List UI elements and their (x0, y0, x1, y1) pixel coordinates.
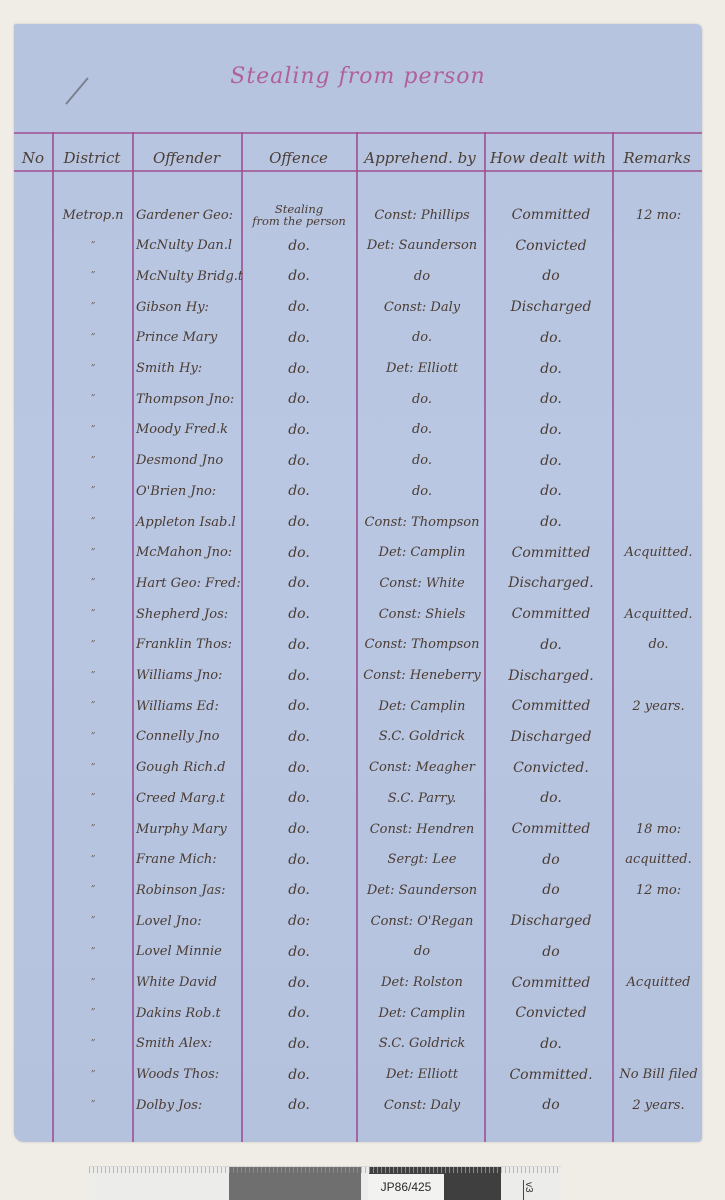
table-row: ”Shepherd Jos:do.Const: ShielsCommittedA… (14, 599, 702, 629)
header-top-rule (14, 132, 702, 134)
cell-offence: do. (242, 968, 356, 998)
cell-remarks (615, 261, 702, 291)
cell-district: ” (54, 384, 132, 414)
cell-remarks (615, 446, 702, 476)
cell-how-dealt-with: do. (488, 354, 614, 384)
cell-offence: do. (242, 292, 356, 322)
cell-district: ” (54, 1060, 132, 1090)
cell-offence: do. (242, 1060, 356, 1090)
cell-apprehended-by: Det: Saunderson (358, 231, 486, 261)
cell-offender: Williams Jno: (132, 661, 244, 691)
cell-offence: do. (242, 599, 356, 629)
cell-remarks (615, 507, 702, 537)
cell-apprehended-by: do. (358, 384, 486, 414)
cell-offender: Franklin Thos: (132, 630, 244, 660)
cell-apprehended-by: do. (358, 415, 486, 445)
cell-how-dealt-with: Committed (488, 968, 614, 998)
cell-remarks (615, 568, 702, 598)
archive-scale-ruler (89, 1166, 561, 1200)
cell-apprehended-by: Const: Hendren (358, 814, 486, 844)
cell-how-dealt-with: do (488, 875, 614, 905)
cell-district: ” (54, 261, 132, 291)
table-row: ”Dolby Jos:do.Const: Dalydo2 years. (14, 1090, 702, 1120)
cell-offence: do. (242, 538, 356, 568)
cell-offence: do. (242, 1029, 356, 1059)
cell-offender: Gardener Geo: (132, 200, 244, 230)
cell-remarks: Acquitted (615, 968, 702, 998)
cell-apprehended-by: Det: Camplin (358, 538, 486, 568)
cell-district: ” (54, 446, 132, 476)
cell-apprehended-by: do. (358, 323, 486, 353)
cell-remarks (615, 937, 702, 967)
cell-remarks (615, 753, 702, 783)
cell-offender: Gough Rich.d (132, 753, 244, 783)
cell-remarks (615, 906, 702, 936)
cell-district: ” (54, 292, 132, 322)
cell-offender: O'Brien Jno: (132, 476, 244, 506)
cell-apprehended-by: do. (358, 476, 486, 506)
cell-apprehended-by: Const: Daly (358, 1090, 486, 1120)
cell-district: ” (54, 1090, 132, 1120)
cell-offence: do. (242, 261, 356, 291)
cell-offence: do. (242, 875, 356, 905)
table-row: ”Gough Rich.ddo.Const: MeagherConvicted. (14, 753, 702, 783)
cell-district: ” (54, 968, 132, 998)
cell-how-dealt-with: do (488, 261, 614, 291)
table-row: ”McNulty Dan.ldo.Det: SaundersonConvicte… (14, 231, 702, 261)
table-row: ”Moody Fred.kdo.do.do. (14, 415, 702, 445)
cell-district: ” (54, 599, 132, 629)
cell-offence: do. (242, 415, 356, 445)
cell-offence: do. (242, 722, 356, 752)
cell-offence: do. (242, 998, 356, 1028)
table-row: ”Williams Jno:do.Const: HeneberryDischar… (14, 661, 702, 691)
cell-offender: Frane Mich: (132, 845, 244, 875)
cell-offence: do. (242, 783, 356, 813)
cell-offender: Williams Ed: (132, 691, 244, 721)
cell-district: ” (54, 937, 132, 967)
cell-district: ” (54, 568, 132, 598)
cell-how-dealt-with: do (488, 937, 614, 967)
cell-apprehended-by: Det: Saunderson (358, 875, 486, 905)
cell-offender: Smith Hy: (132, 354, 244, 384)
table-row: Metrop.nGardener Geo:Stealingfrom the pe… (14, 200, 702, 230)
cell-offence: do. (242, 937, 356, 967)
cell-how-dealt-with: do. (488, 323, 614, 353)
cell-how-dealt-with: do. (488, 1029, 614, 1059)
cell-how-dealt-with: do. (488, 783, 614, 813)
cell-apprehended-by: Const: O'Regan (358, 906, 486, 936)
cell-how-dealt-with: do. (488, 476, 614, 506)
archive-reference-label: JP86/425 (368, 1174, 444, 1200)
table-row: ”Murphy Marydo.Const: HendrenCommitted18… (14, 814, 702, 844)
cell-how-dealt-with: Committed (488, 814, 614, 844)
cell-remarks: 12 mo: (615, 875, 702, 905)
cell-district: ” (54, 875, 132, 905)
cell-how-dealt-with: Committed. (488, 1060, 614, 1090)
cell-offender: Prince Mary (132, 323, 244, 353)
cell-offender: Robinson Jas: (132, 875, 244, 905)
cell-offender: McMahon Jno: (132, 538, 244, 568)
cell-offence: do. (242, 814, 356, 844)
offence-line-2: from the person (252, 215, 346, 227)
cell-offence: do. (242, 568, 356, 598)
table-row: ”O'Brien Jno:do.do.do. (14, 476, 702, 506)
cell-remarks (615, 292, 702, 322)
cell-how-dealt-with: do (488, 1090, 614, 1120)
cell-district: ” (54, 783, 132, 813)
cell-district: ” (54, 691, 132, 721)
cell-apprehended-by: Const: Phillips (358, 200, 486, 230)
cell-offence: do. (242, 507, 356, 537)
cell-how-dealt-with: Discharged (488, 292, 614, 322)
cell-offender: Moody Fred.k (132, 415, 244, 445)
cell-how-dealt-with: Discharged (488, 906, 614, 936)
cell-remarks: do. (615, 630, 702, 660)
cell-apprehended-by: Const: Heneberry (358, 661, 486, 691)
cell-apprehended-by: do. (358, 446, 486, 476)
cell-offence: do. (242, 661, 356, 691)
cell-offender: Lovel Jno: (132, 906, 244, 936)
cell-apprehended-by: Det: Elliott (358, 354, 486, 384)
header-offender: Offender (132, 142, 241, 174)
cell-offender: Appleton Isab.l (132, 507, 244, 537)
cell-remarks (615, 998, 702, 1028)
cell-how-dealt-with: Convicted (488, 231, 614, 261)
cell-offence: do: (242, 906, 356, 936)
cell-offence: do. (242, 476, 356, 506)
cell-remarks: Acquitted. (615, 538, 702, 568)
cell-district: ” (54, 661, 132, 691)
cell-remarks (615, 231, 702, 261)
table-row: ”Hart Geo: Fred:do.Const: WhiteDischarge… (14, 568, 702, 598)
cell-how-dealt-with: Discharged (488, 722, 614, 752)
cell-offender: Gibson Hy: (132, 292, 244, 322)
cell-district: ” (54, 415, 132, 445)
cell-offender: Thompson Jno: (132, 384, 244, 414)
table-row: ”Desmond Jnodo.do.do. (14, 446, 702, 476)
table-row: ”McNulty Bridg.tdo.dodo (14, 261, 702, 291)
cell-remarks: 12 mo: (615, 200, 702, 230)
cell-how-dealt-with: Discharged. (488, 568, 614, 598)
cell-offence: do. (242, 323, 356, 353)
cell-remarks (615, 415, 702, 445)
table-row: ”Woods Thos:do.Det: ElliottCommitted.No … (14, 1060, 702, 1090)
cell-apprehended-by: Const: Shiels (358, 599, 486, 629)
cell-district: ” (54, 538, 132, 568)
cell-offender: McNulty Bridg.t (132, 261, 244, 291)
cell-remarks: No Bill filed (615, 1060, 702, 1090)
table-row: ”Connelly Jnodo.S.C. GoldrickDischarged (14, 722, 702, 752)
cell-how-dealt-with: Committed (488, 691, 614, 721)
cell-district: ” (54, 722, 132, 752)
cell-remarks (615, 384, 702, 414)
cell-offence: do. (242, 384, 356, 414)
cell-how-dealt-with: Discharged. (488, 661, 614, 691)
cell-offender: White David (132, 968, 244, 998)
header-apprehended-by: Apprehend. by (356, 142, 484, 174)
cell-remarks (615, 476, 702, 506)
cell-apprehended-by: Const: Thompson (358, 507, 486, 537)
table-row: ”Thompson Jno:do.do.do. (14, 384, 702, 414)
cell-offender: Smith Alex: (132, 1029, 244, 1059)
cell-how-dealt-with: do. (488, 415, 614, 445)
table-row: ”White Daviddo.Det: RolstonCommittedAcqu… (14, 968, 702, 998)
header-how-dealt-with: How dealt with (484, 142, 612, 174)
cell-apprehended-by: Sergt: Lee (358, 845, 486, 875)
cell-apprehended-by: Const: Meagher (358, 753, 486, 783)
cell-offence: do. (242, 753, 356, 783)
cell-district: ” (54, 845, 132, 875)
table-row: ”Dakins Rob.tdo.Det: CamplinConvicted (14, 998, 702, 1028)
cell-offence: do. (242, 446, 356, 476)
cell-district: ” (54, 507, 132, 537)
cell-how-dealt-with: Committed (488, 538, 614, 568)
cell-remarks (615, 722, 702, 752)
grey-patch-mid (229, 1167, 361, 1200)
table-row: ”McMahon Jno:do.Det: CamplinCommittedAcq… (14, 538, 702, 568)
cell-offence: do. (242, 354, 356, 384)
cell-how-dealt-with: Convicted. (488, 753, 614, 783)
cell-apprehended-by: do (358, 261, 486, 291)
cell-remarks: Acquitted. (615, 599, 702, 629)
cell-offender: Murphy Mary (132, 814, 244, 844)
cell-apprehended-by: S.C. Parry. (358, 783, 486, 813)
table-row: ”Robinson Jas:do.Det: Saundersondo12 mo: (14, 875, 702, 905)
table-row: ”Gibson Hy:do.Const: DalyDischarged (14, 292, 702, 322)
table-row: ”Prince Marydo.do.do. (14, 323, 702, 353)
cell-how-dealt-with: do. (488, 507, 614, 537)
cell-apprehended-by: Det: Camplin (358, 691, 486, 721)
cell-remarks: acquitted. (615, 845, 702, 875)
cell-offender: Creed Marg.t (132, 783, 244, 813)
table-row: ”Frane Mich:do.Sergt: Leedoacquitted. (14, 845, 702, 875)
page-title: Stealing from person (14, 64, 702, 89)
cell-apprehended-by: S.C. Goldrick (358, 722, 486, 752)
cell-district: ” (54, 753, 132, 783)
version-mark: v3 (523, 1182, 534, 1193)
cell-apprehended-by: S.C. Goldrick (358, 1029, 486, 1059)
cell-offence: do. (242, 1090, 356, 1120)
cell-district: ” (54, 231, 132, 261)
cell-remarks (615, 783, 702, 813)
table-row: ”Smith Alex:do.S.C. Goldrickdo. (14, 1029, 702, 1059)
header-district: District (52, 142, 132, 174)
cell-district: ” (54, 998, 132, 1028)
ledger-page: Stealing from person No District Offende… (14, 24, 702, 1142)
cell-remarks (615, 1029, 702, 1059)
table-row: ”Appleton Isab.ldo.Const: Thompsondo. (14, 507, 702, 537)
cell-apprehended-by: Const: Daly (358, 292, 486, 322)
cell-offender: Lovel Minnie (132, 937, 244, 967)
cell-district: Metrop.n (54, 200, 132, 230)
cell-offender: Dakins Rob.t (132, 998, 244, 1028)
cell-offender: Connelly Jno (132, 722, 244, 752)
table-row: ”Lovel Jno:do:Const: O'ReganDischarged (14, 906, 702, 936)
cell-how-dealt-with: do. (488, 384, 614, 414)
cell-district: ” (54, 476, 132, 506)
cell-apprehended-by: Det: Camplin (358, 998, 486, 1028)
cell-how-dealt-with: do (488, 845, 614, 875)
table-row: ”Smith Hy:do.Det: Elliottdo. (14, 354, 702, 384)
cell-remarks: 18 mo: (615, 814, 702, 844)
cell-remarks: 2 years. (615, 1090, 702, 1120)
cell-apprehended-by: Const: White (358, 568, 486, 598)
cell-remarks: 2 years. (615, 691, 702, 721)
cell-offence: Stealingfrom the person (242, 200, 356, 230)
cell-how-dealt-with: Committed (488, 599, 614, 629)
cell-how-dealt-with: Committed (488, 200, 614, 230)
cell-district: ” (54, 354, 132, 384)
cell-offender: McNulty Dan.l (132, 231, 244, 261)
cell-offence: do. (242, 691, 356, 721)
cell-apprehended-by: do (358, 937, 486, 967)
cell-district: ” (54, 1029, 132, 1059)
header-no: No (14, 142, 52, 174)
cell-offence: do. (242, 630, 356, 660)
cell-district: ” (54, 323, 132, 353)
cell-apprehended-by: Det: Rolston (358, 968, 486, 998)
cell-district: ” (54, 906, 132, 936)
header-remarks: Remarks (612, 142, 702, 174)
table-row: ”Creed Marg.tdo.S.C. Parry.do. (14, 783, 702, 813)
header-offence: Offence (241, 142, 356, 174)
cell-offender: Shepherd Jos: (132, 599, 244, 629)
cell-how-dealt-with: do. (488, 630, 614, 660)
table-row: ”Franklin Thos:do.Const: Thompsondo.do. (14, 630, 702, 660)
cell-remarks (615, 354, 702, 384)
cell-offence: do. (242, 231, 356, 261)
cell-apprehended-by: Det: Elliott (358, 1060, 486, 1090)
cell-how-dealt-with: Convicted (488, 998, 614, 1028)
table-row: ”Williams Ed:do.Det: CamplinCommitted2 y… (14, 691, 702, 721)
cell-offender: Dolby Jos: (132, 1090, 244, 1120)
cell-offender: Desmond Jno (132, 446, 244, 476)
cell-offence: do. (242, 845, 356, 875)
cell-offender: Woods Thos: (132, 1060, 244, 1090)
cell-remarks (615, 323, 702, 353)
cell-district: ” (54, 630, 132, 660)
cell-apprehended-by: Const: Thompson (358, 630, 486, 660)
cell-offender: Hart Geo: Fred: (132, 568, 244, 598)
cell-remarks (615, 661, 702, 691)
cell-how-dealt-with: do. (488, 446, 614, 476)
table-row: ”Lovel Minniedo.dodo (14, 937, 702, 967)
cell-district: ” (54, 814, 132, 844)
